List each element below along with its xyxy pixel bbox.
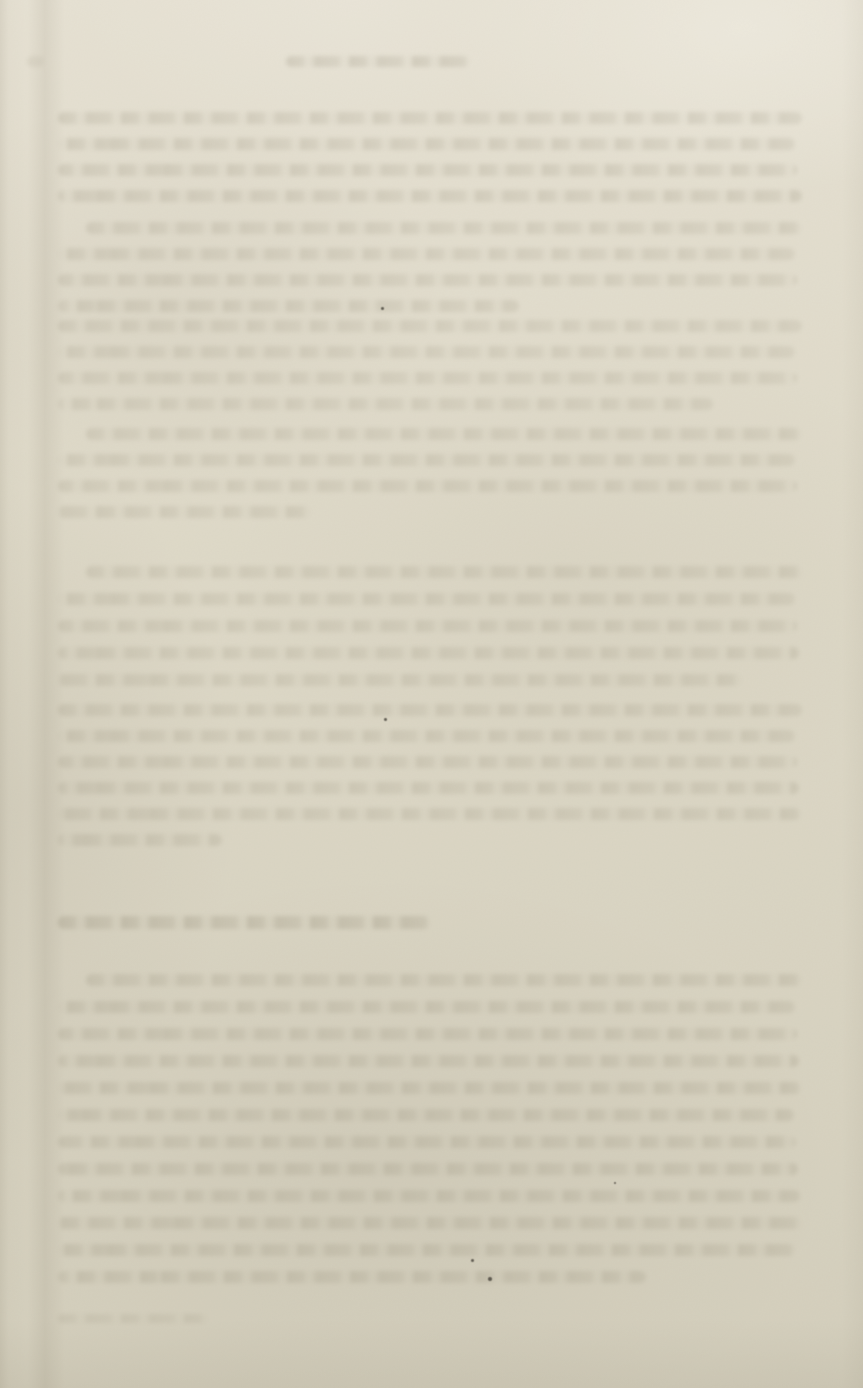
paper-mottling [0,0,863,1388]
scan-edge-shading [0,0,863,1388]
paragraph-4 [0,0,863,1388]
page-number-smudge [0,0,863,1388]
paragraph-3-line [58,398,713,410]
paragraph-2-line [86,222,802,234]
paragraph-5-line [58,674,742,686]
page-number-smudge-line [27,56,44,67]
paragraph-7-line [58,1001,795,1013]
paragraph-3-line [58,346,795,358]
paragraph-5-line [86,566,802,578]
paragraph-6-line [58,730,795,742]
paragraph-6-line [58,834,222,846]
running-header-smudge [0,0,863,1388]
paragraph-2 [0,0,863,1388]
paragraph-5-line [58,620,797,632]
paragraph-6-line [58,756,797,768]
footnote-smudge [0,0,863,1388]
ink-speck [488,1277,492,1281]
paragraph-4-line [58,454,795,466]
scanned-page [0,0,863,1388]
paragraph-7 [0,0,863,1388]
paragraph-1-line [58,112,802,124]
section-heading-smudge-line [58,916,430,929]
paragraph-7-line [58,1271,646,1283]
paragraph-6-line [58,704,802,716]
footnote-smudge-line [58,1314,208,1323]
paragraph-7-line [58,1109,794,1121]
ink-speck [471,1259,474,1262]
paragraph-3 [0,0,863,1388]
paragraph-2-line [58,274,797,286]
paragraph-7-line [58,1055,799,1067]
paragraph-5 [0,0,863,1388]
paragraph-7-line [86,974,802,986]
ink-speck [614,1182,616,1184]
paragraph-1-line [58,138,795,150]
paragraph-7-line [58,1190,800,1202]
paragraph-6-line [58,808,801,820]
paragraph-1 [0,0,863,1388]
ink-speck [384,718,387,721]
paragraph-7-line [58,1244,795,1256]
running-header-smudge-line [286,56,470,67]
paragraph-5-line [58,593,795,605]
paragraph-7-line [58,1217,802,1229]
paragraph-7-line [58,1082,801,1094]
paragraph-3-line [58,320,802,332]
paragraph-5-line [58,647,799,659]
paragraph-1-line [58,190,802,202]
paragraph-6-line [58,782,799,794]
section-heading-smudge [0,0,863,1388]
paragraph-2-line [58,300,519,312]
paragraph-1-line [58,164,797,176]
paragraph-7-line [58,1136,796,1148]
paragraph-6 [0,0,863,1388]
ink-speck [381,307,384,310]
paragraph-2-line [58,248,795,260]
paragraph-4-line [58,506,311,518]
paragraph-7-line [58,1028,797,1040]
paragraph-4-line [58,480,797,492]
paper-grain-texture [0,0,863,1388]
paragraph-7-line [58,1163,798,1175]
paragraph-4-line [86,428,802,440]
paragraph-3-line [58,372,797,384]
